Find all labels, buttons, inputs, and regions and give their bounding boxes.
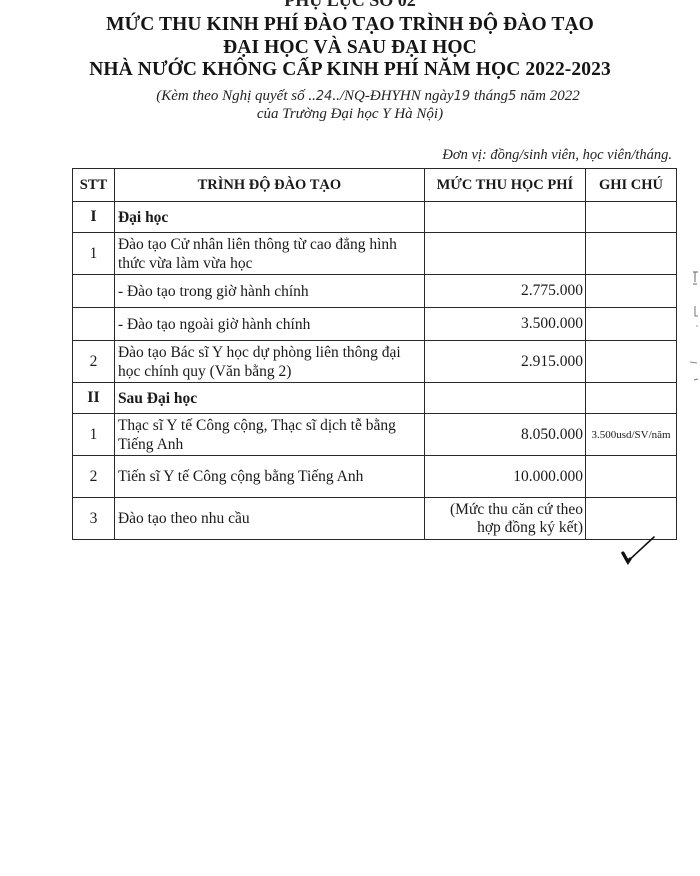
header-stt: STT: [73, 169, 115, 202]
cell-stt: I: [73, 202, 115, 233]
table-row: - Đào tạo trong giờ hành chính 2.775.000: [73, 275, 677, 308]
cell-stt: 2: [73, 456, 115, 498]
appendix-label: PHỤ LỤC SỐ 02: [0, 0, 700, 11]
cell-note: [586, 498, 677, 540]
table-row: 3 Đào tạo theo nhu cầu (Mức thu căn cứ t…: [73, 498, 677, 540]
header-training-level: TRÌNH ĐỘ ĐÀO TẠO: [114, 169, 424, 202]
cell-level: - Đào tạo trong giờ hành chính: [114, 275, 424, 308]
cell-fee: [424, 233, 585, 275]
table-header-row: STT TRÌNH ĐỘ ĐÀO TẠO MỨC THU HỌC PHÍ GHI…: [73, 169, 677, 202]
cell-level: - Đào tạo ngoài giờ hành chính: [114, 308, 424, 341]
issuing-institution: của Trường Đại học Y Hà Nội): [0, 106, 700, 123]
cell-level: Đào tạo Cử nhân liên thông từ cao đẳng h…: [114, 233, 424, 275]
cell-fee: 3.500.000: [424, 308, 585, 341]
table-row: 2 Tiến sĩ Y tế Công cộng bằng Tiếng Anh …: [73, 456, 677, 498]
cell-note: [586, 202, 677, 233]
cell-fee: 2.775.000: [424, 275, 585, 308]
cell-fee: 2.915.000: [424, 341, 585, 383]
cell-stt: 1: [73, 233, 115, 275]
cell-fee: 10.000.000: [424, 456, 585, 498]
cell-level: Sau Đại học: [114, 383, 424, 414]
cell-stt: 2: [73, 341, 115, 383]
resolution-day: 19: [454, 89, 471, 104]
table-row-section: II Sau Đại học: [73, 383, 677, 414]
cell-level: Thạc sĩ Y tế Công cộng, Thạc sĩ dịch tễ …: [114, 414, 424, 456]
handwritten-checkmark-icon: [620, 535, 656, 565]
resolution-suffix: năm 2022: [516, 88, 579, 104]
cell-level: Đào tạo Bác sĩ Y học dự phòng liên thông…: [114, 341, 424, 383]
cell-fee: [424, 202, 585, 233]
table-row: - Đào tạo ngoài giờ hành chính 3.500.000: [73, 308, 677, 341]
resolution-mid-1: ../NQ-ĐHYHN ngày: [332, 88, 453, 104]
cell-note: [586, 456, 677, 498]
cell-stt: [73, 308, 115, 341]
resolution-mid-2: tháng: [470, 88, 508, 104]
header-tuition-fee: MỨC THU HỌC PHÍ: [424, 169, 585, 202]
document-title-line-3: NHÀ NƯỚC KHÔNG CẤP KINH PHÍ NĂM HỌC 2022…: [0, 59, 700, 81]
cell-note: [586, 275, 677, 308]
resolution-prefix: (Kèm theo Nghị quyết số ..: [156, 88, 316, 104]
cell-stt: [73, 275, 115, 308]
table-row: 2 Đào tạo Bác sĩ Y học dự phòng liên thô…: [73, 341, 677, 383]
resolution-number: 24: [316, 89, 333, 104]
cell-stt: II: [73, 383, 115, 414]
table-row: 1 Thạc sĩ Y tế Công cộng, Thạc sĩ dịch t…: [73, 414, 677, 456]
tuition-fee-table: STT TRÌNH ĐỘ ĐÀO TẠO MỨC THU HỌC PHÍ GHI…: [72, 168, 677, 540]
scan-margin-marks-icon: [688, 268, 700, 398]
cell-level: Đào tạo theo nhu cầu: [114, 498, 424, 540]
cell-fee: [424, 383, 585, 414]
table-row-section: I Đại học: [73, 202, 677, 233]
cell-note: [586, 233, 677, 275]
table-row: 1 Đào tạo Cử nhân liên thông từ cao đẳng…: [73, 233, 677, 275]
cell-fee: 8.050.000: [424, 414, 585, 456]
resolution-reference: (Kèm theo Nghị quyết số ..24../NQ-ĐHYHN …: [18, 88, 700, 105]
header-note: GHI CHÚ: [586, 169, 677, 202]
unit-note: Đơn vị: đồng/sinh viên, học viên/tháng.: [442, 147, 672, 164]
document-title-line-1: MỨC THU KINH PHÍ ĐÀO TẠO TRÌNH ĐỘ ĐÀO TẠ…: [0, 14, 700, 36]
cell-stt: 1: [73, 414, 115, 456]
document-title-line-2: ĐẠI HỌC VÀ SAU ĐẠI HỌC: [0, 37, 700, 59]
cell-note: 3.500usd/SV/năm: [586, 414, 677, 456]
cell-stt: 3: [73, 498, 115, 540]
cell-note: [586, 383, 677, 414]
cell-level: Đại học: [114, 202, 424, 233]
cell-fee: (Mức thu căn cứ theo hợp đồng ký kết): [424, 498, 585, 540]
cell-note: [586, 308, 677, 341]
cell-level: Tiến sĩ Y tế Công cộng bằng Tiếng Anh: [114, 456, 424, 498]
cell-note: [586, 341, 677, 383]
